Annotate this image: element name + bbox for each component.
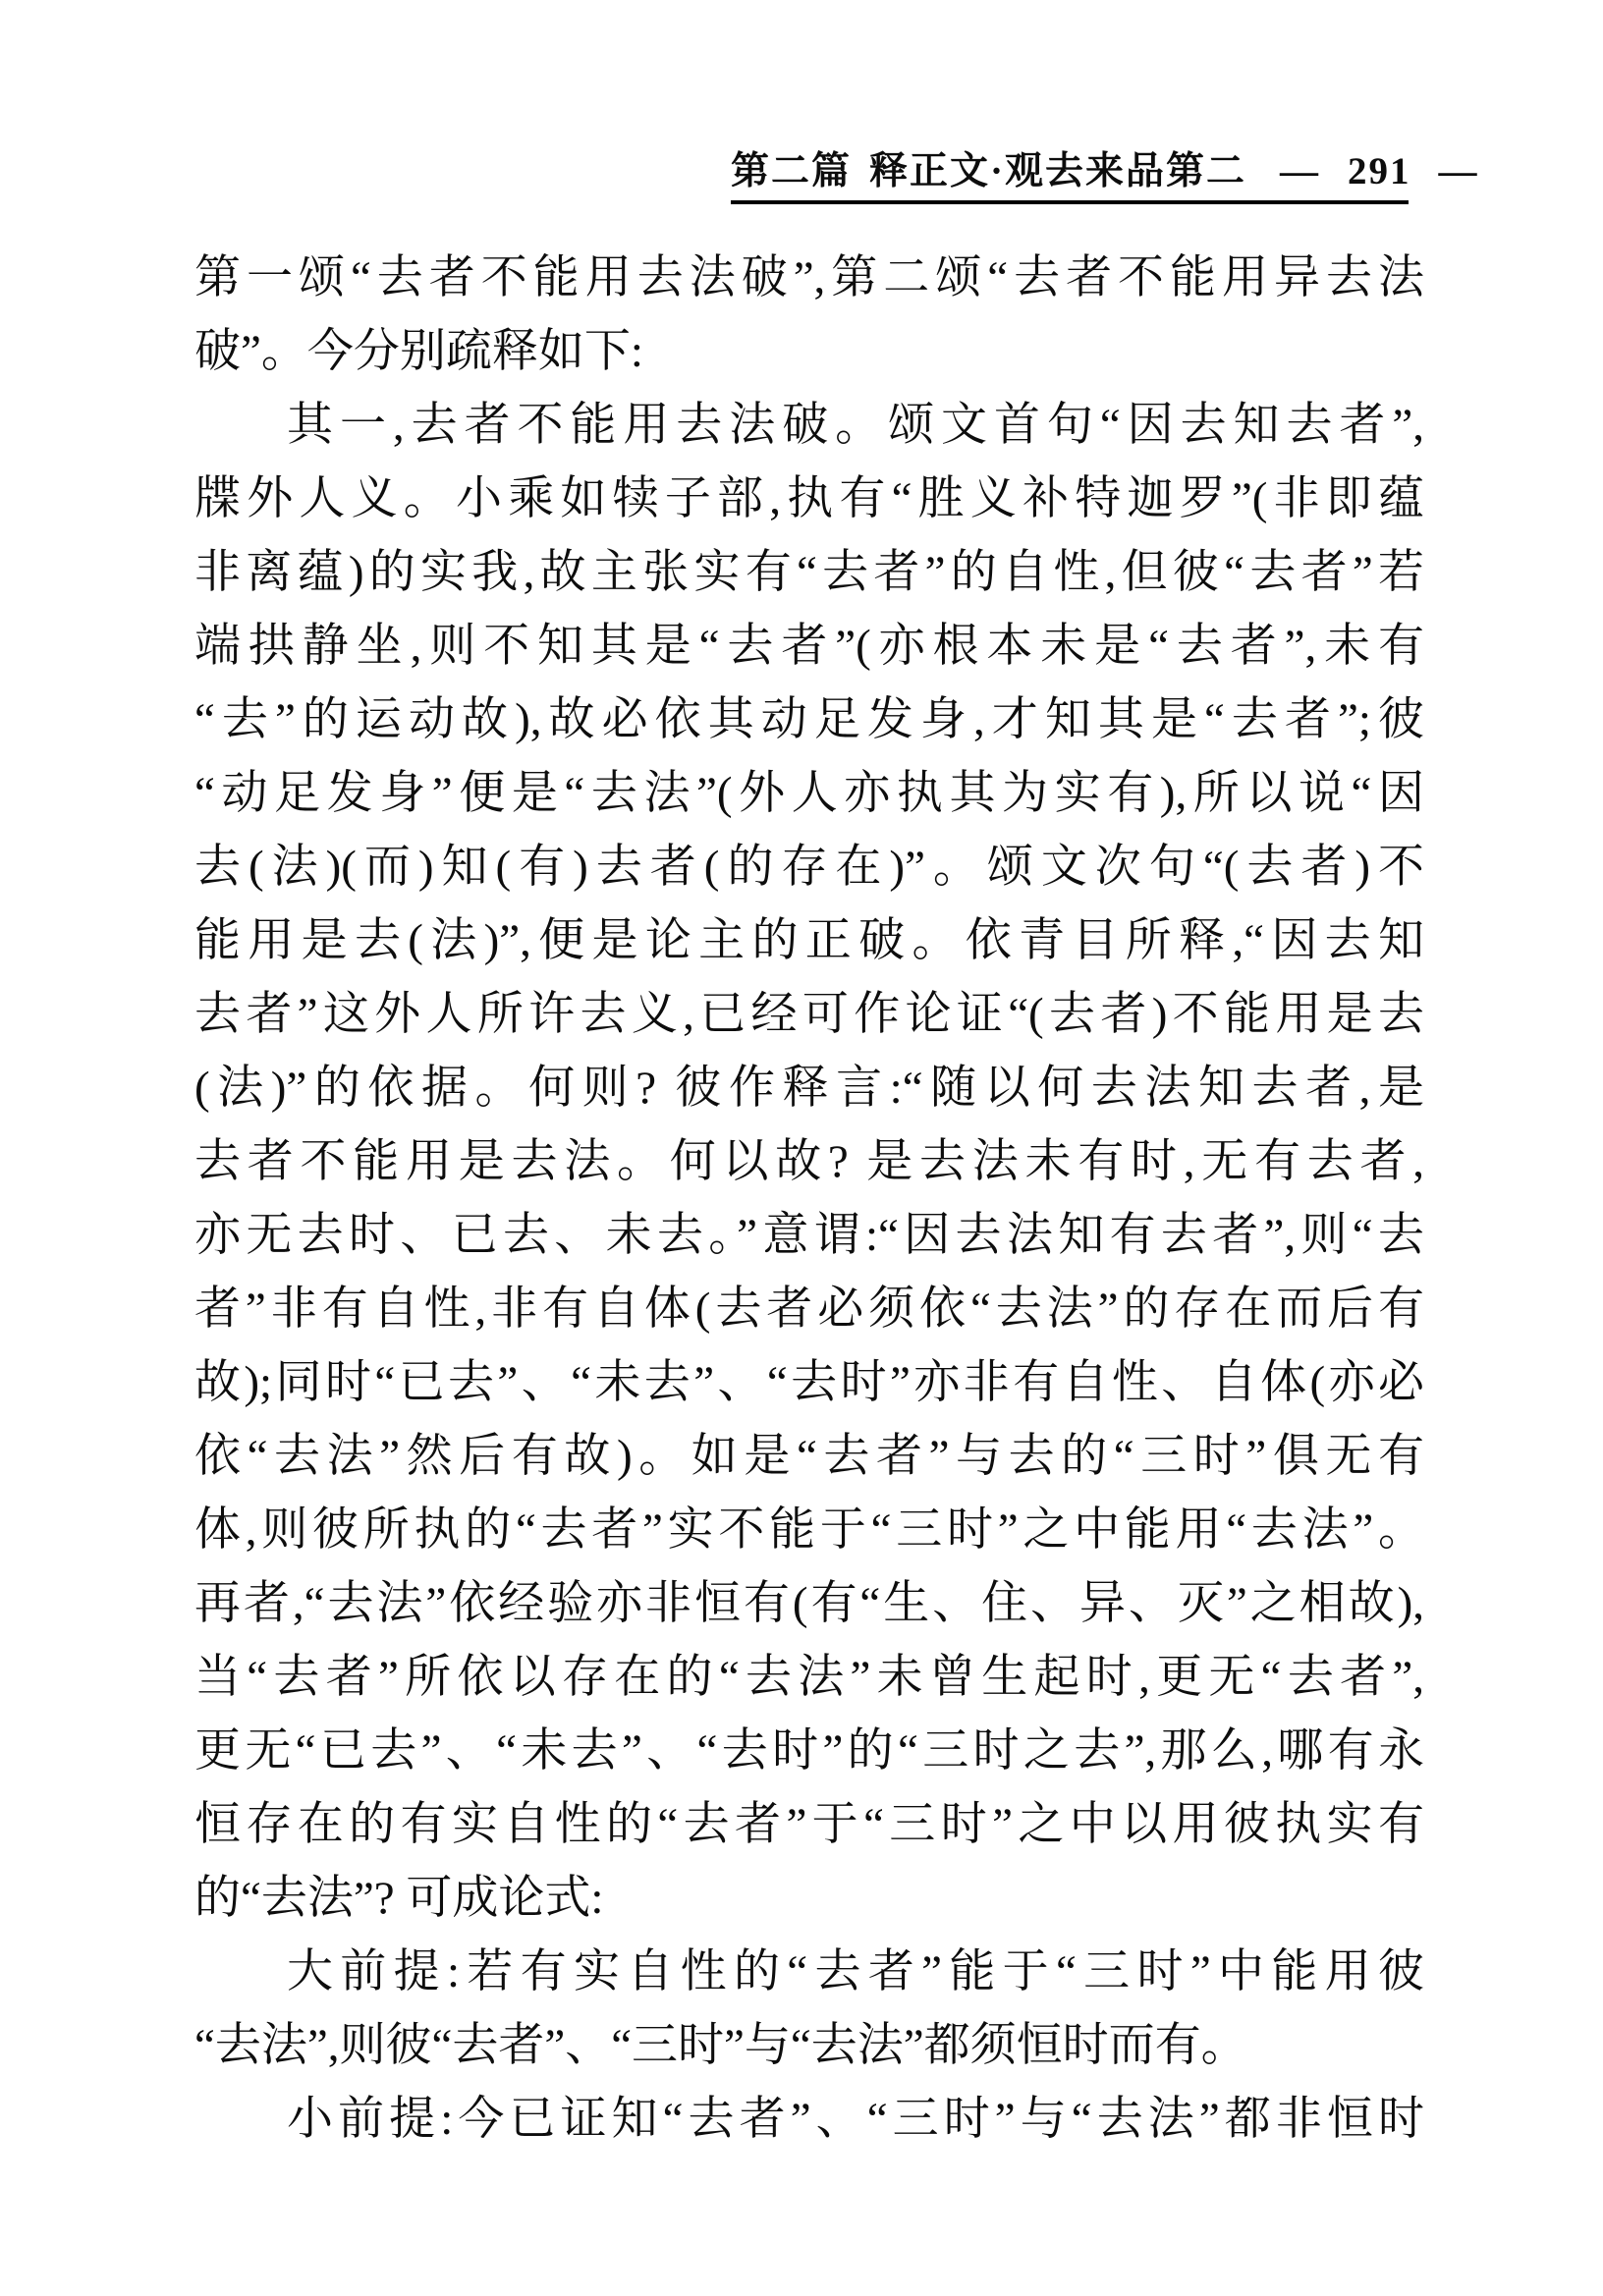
text-line: 非离蕴)的实我,故主张实有“去者”的自性,但彼“去者”若 xyxy=(194,536,1424,610)
header-dash-right: — xyxy=(1439,147,1479,196)
text-line: 再者,“去法”依经验亦非恒有(有“生、住、异、灭”之相故), xyxy=(194,1567,1424,1641)
header-section: 第二篇 xyxy=(731,147,852,196)
text-line: 的“去法”? 可成论式: xyxy=(194,1862,1424,1936)
text-line: “动足发身”便是“去法”(外人亦执其为实有),所以说“因 xyxy=(194,757,1424,831)
text-line: 端拱静坐,则不知其是“去者”(亦根本未是“去者”,未有 xyxy=(194,610,1424,683)
text-line: 故);同时“已去”、“未去”、“去时”亦非有自性、自体(亦必 xyxy=(194,1346,1424,1420)
text-line: 能用是去(法)”,便是论主的正破。依青目所释,“因去知 xyxy=(194,904,1424,978)
text-line: 去者”这外人所许去义,已经可作论证“(去者)不能用是去 xyxy=(194,978,1424,1052)
text-line: 恒存在的有实自性的“去者”于“三时”之中以用彼执实有 xyxy=(194,1788,1424,1862)
body-text-block: 第一颂“去者不能用去法破”,第二颂“去者不能用异去法破”。今分别疏释如下:其一,… xyxy=(194,242,1424,2157)
header-dash-left: — xyxy=(1280,147,1320,196)
header-chapter-title: 释正文·观去来品第二 xyxy=(869,147,1246,196)
header-page-number: 291 xyxy=(1348,147,1411,196)
text-line: 牒外人义。小乘如犊子部,执有“胜义补特迦罗”(非即蕴 xyxy=(194,463,1424,536)
text-line: 第一颂“去者不能用去法破”,第二颂“去者不能用异去法 xyxy=(194,242,1424,315)
text-line: 破”。今分别疏释如下: xyxy=(194,315,1424,389)
text-line: “去法”,则彼“去者”、“三时”与“去法”都须恒时而有。 xyxy=(194,2009,1424,2083)
text-line: 者”非有自性,非有自体(去者必须依“去法”的存在而后有 xyxy=(194,1273,1424,1346)
book-page: 第二篇 释正文·观去来品第二 — 291 — 第一颂“去者不能用去法破”,第二颂… xyxy=(0,0,1603,2296)
text-line: 去(法)(而)知(有)去者(的存在)”。颂文次句“(去者)不 xyxy=(194,831,1424,904)
text-line: 其一,去者不能用去法破。颂文首句“因去知去者”, xyxy=(194,389,1424,463)
text-line: 小前提:今已证知“去者”、“三时”与“去法”都非恒时 xyxy=(194,2083,1424,2157)
text-line: “去”的运动故),故必依其动足发身,才知其是“去者”;彼 xyxy=(194,683,1424,757)
text-line: 更无“已去”、“未去”、“去时”的“三时之去”,那么,哪有永 xyxy=(194,1715,1424,1788)
text-line: 体,则彼所执的“去者”实不能于“三时”之中能用“去法”。 xyxy=(194,1494,1424,1567)
text-line: (法)”的依据。何则? 彼作释言:“随以何去法知去者,是 xyxy=(194,1052,1424,1125)
text-line: 亦无去时、已去、未去。”意谓:“因去法知有去者”,则“去 xyxy=(194,1199,1424,1273)
text-line: 当“去者”所依以存在的“去法”未曾生起时,更无“去者”, xyxy=(194,1641,1424,1715)
text-line: 依“去法”然后有故)。如是“去者”与去的“三时”俱无有 xyxy=(194,1420,1424,1494)
header-rule xyxy=(731,200,1409,204)
running-header: 第二篇 释正文·观去来品第二 — 291 — xyxy=(731,147,1410,196)
text-line: 大前提:若有实自性的“去者”能于“三时”中能用彼 xyxy=(194,1936,1424,2009)
text-line: 去者不能用是去法。何以故? 是去法未有时,无有去者, xyxy=(194,1125,1424,1199)
